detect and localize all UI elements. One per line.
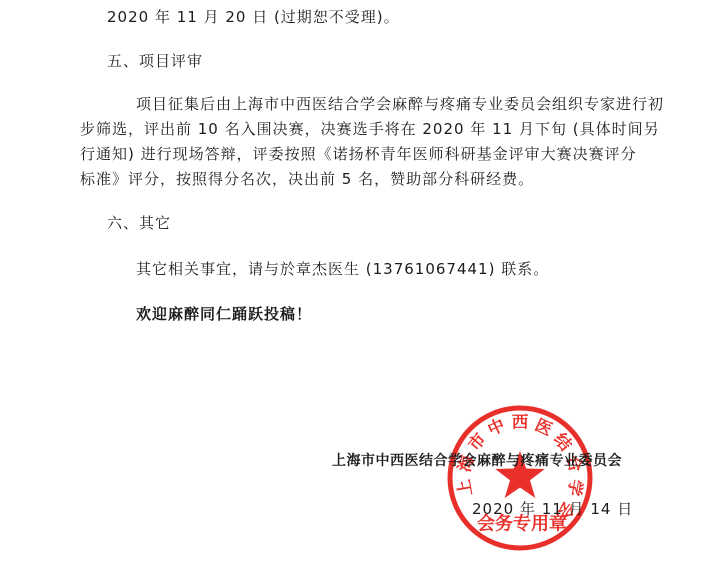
- contact-line: 其它相关事宜，请与於章杰医生 (13761067441) 联系。: [136, 260, 549, 279]
- seal-arc-char: 上: [453, 477, 476, 497]
- seal-arc-char: 医: [532, 415, 555, 439]
- paragraph-line: 步筛选，评出前 10 名入围决赛，决赛选手将在 2020 年 11 月下旬 (具…: [80, 120, 660, 139]
- paragraph-line: 标准》评分，按照得分名次，决出前 5 名，赞助部分科研经费。: [80, 170, 534, 189]
- section-heading-project-review: 五、项目评审: [107, 52, 203, 71]
- seal-arc-char: 学: [564, 478, 587, 498]
- section-heading-other: 六、其它: [107, 214, 171, 233]
- signature-date-line: 2020 年 11 月 14 日: [472, 500, 633, 519]
- paragraph-line: 行通知) 进行现场答辩，评委按照《诺扬杯青年医师科研基金评审大赛决赛评分: [80, 145, 637, 164]
- signature-organization-line: 上海市中西医结合学会麻醉与疼痛专业委员会: [332, 452, 622, 471]
- welcome-line: 欢迎麻醉同仁踊跃投稿！: [136, 305, 312, 324]
- paragraph-line: 项目征集后由上海市中西医结合学会麻醉与疼痛专业委员会组织专家进行初: [136, 95, 664, 114]
- seal-arc-char: 西: [512, 413, 529, 432]
- document-page: 2020 年 11 月 20 日 (过期恕不受理)。 五、项目评审 项目征集后由…: [0, 0, 726, 567]
- deadline-line: 2020 年 11 月 20 日 (过期恕不受理)。: [107, 8, 400, 27]
- official-seal: 上海市中西医结合学会会务专用章: [435, 393, 605, 563]
